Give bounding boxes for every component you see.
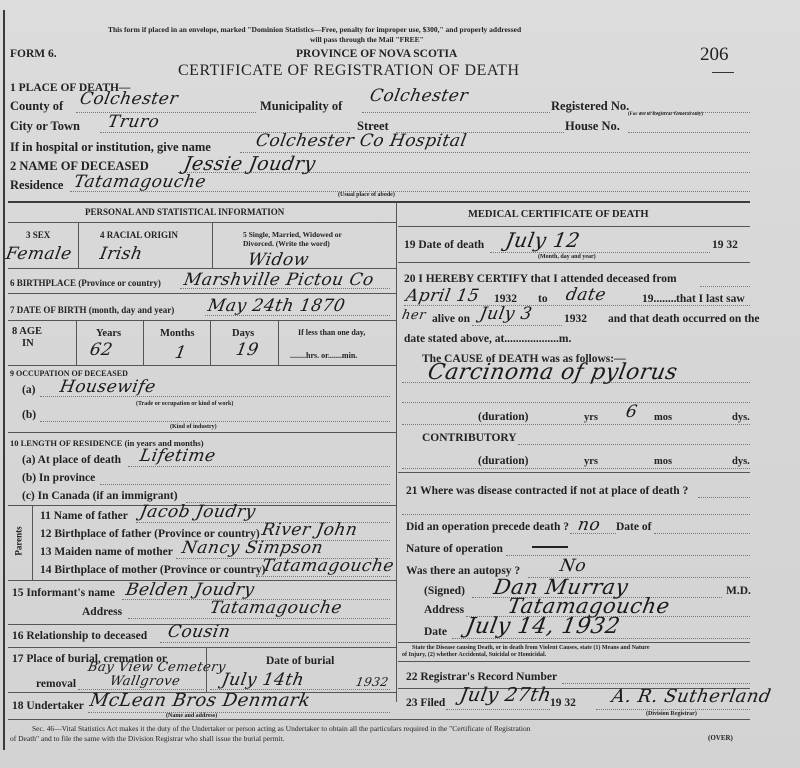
signed-label: (Signed) bbox=[424, 585, 465, 597]
registered-no-label: Registered No. bbox=[551, 99, 629, 114]
informant-address-value: Tatamagouche bbox=[208, 598, 344, 618]
informant-value: Belden Joudry bbox=[124, 580, 256, 600]
age-label-1: 8 AGE bbox=[12, 326, 42, 337]
months-value: 1 bbox=[173, 343, 188, 363]
year-blank: 19........ bbox=[642, 293, 677, 305]
md-label: M.D. bbox=[726, 585, 751, 597]
marital-label-1: 5 Single, Married, Widowed or bbox=[243, 230, 342, 239]
residence-note: (Usual place of abode) bbox=[338, 192, 395, 198]
yrs-label: yrs bbox=[584, 412, 598, 423]
sex-value: Female bbox=[4, 244, 73, 264]
hospital-label: If in hospital or institution, give name bbox=[10, 140, 211, 155]
residence-label: Residence bbox=[10, 178, 63, 193]
certificate-title: CERTIFICATE OF REGISTRATION OF DEATH bbox=[178, 62, 520, 80]
alive-on-year: 1932 bbox=[564, 313, 587, 325]
operation-label: Did an operation precede death ? bbox=[406, 521, 569, 533]
form-number: FORM 6. bbox=[10, 48, 57, 60]
contributory-label: CONTRIBUTORY bbox=[422, 432, 517, 444]
res-a-label: (a) At place of death bbox=[22, 454, 121, 466]
undertaker-value: McLean Bros Denmark bbox=[88, 690, 312, 711]
municipality-value: Colchester bbox=[368, 86, 469, 106]
dob-label: 7 DATE OF BIRTH (month, day and year) bbox=[10, 305, 174, 315]
personal-section-title: PERSONAL AND STATISTICAL INFORMATION bbox=[85, 207, 284, 217]
marital-value: Widow bbox=[246, 250, 310, 270]
burial-date-value: July 14th bbox=[220, 670, 306, 690]
death-certificate: This form if placed in an envelope, mark… bbox=[0, 0, 800, 768]
occ-b-label: (b) bbox=[22, 409, 36, 421]
res-a-value: Lifetime bbox=[138, 446, 217, 466]
left-border bbox=[3, 10, 5, 750]
days-value: 19 bbox=[234, 340, 260, 360]
municipality-label: Municipality of bbox=[260, 99, 342, 114]
birthplace-label: 6 BIRTHPLACE (Province or country) bbox=[10, 278, 161, 288]
record-number-label: 22 Registrar's Record Number bbox=[406, 671, 557, 683]
mother-name-value: Nancy Simpson bbox=[180, 538, 325, 558]
province-label: PROVINCE OF NOVA SCOTIA bbox=[296, 48, 457, 60]
undertaker-label: 18 Undertaker bbox=[12, 700, 84, 712]
months-label: Months bbox=[160, 328, 194, 339]
filed-value: July 27th bbox=[458, 684, 553, 706]
hospital-value: Colchester Co Hospital bbox=[254, 131, 468, 151]
informant-label: 15 Informant's name bbox=[12, 587, 115, 599]
relationship-label: 16 Relationship to deceased bbox=[12, 630, 147, 642]
cause-value: Carcinoma of pylorus bbox=[426, 360, 680, 385]
to-label: to bbox=[538, 293, 548, 305]
mother-birthplace-label: 14 Birthplace of mother (Province or cou… bbox=[40, 564, 266, 576]
mother-birthplace-value: Tatamagouche bbox=[260, 556, 396, 576]
burial-date-label: Date of burial bbox=[266, 655, 334, 667]
operation-value: no bbox=[576, 515, 602, 535]
county-value: Colchester bbox=[78, 89, 179, 109]
footer-line2: of Death" and to file the same with the … bbox=[10, 734, 284, 743]
date-label: Date bbox=[424, 626, 447, 638]
alive-on-label: alive on bbox=[432, 313, 470, 325]
note-line2: of Injury, (2) whether Accidental, Suici… bbox=[402, 652, 546, 658]
age-label-2: IN bbox=[22, 338, 34, 349]
date-of-death-note: (Month, day and year) bbox=[538, 254, 596, 260]
medical-section-title: MEDICAL CERTIFICATE OF DEATH bbox=[468, 209, 649, 220]
father-name-value: Jacob Joudry bbox=[138, 502, 257, 522]
years-label: Years bbox=[96, 328, 121, 339]
occupation-value: Housewife bbox=[58, 377, 157, 397]
note-line1: State the Disease causing Death, or in d… bbox=[412, 645, 650, 651]
racial-label: 4 RACIAL ORIGIN bbox=[100, 230, 178, 240]
residence-value: Tatamagouche bbox=[72, 172, 208, 192]
mos-label: mos bbox=[654, 412, 672, 423]
parents-label: Parents bbox=[14, 526, 24, 555]
date-value: July 14, 1932 bbox=[464, 614, 622, 639]
less-than-day-label: If less than one day, bbox=[298, 328, 365, 337]
burial-value-2: Wallgrove bbox=[109, 674, 182, 689]
mail-notice-2: will pass through the Mail "FREE" bbox=[310, 35, 424, 44]
number-underline bbox=[712, 72, 734, 73]
death-occurred-label: and that death occurred on the bbox=[608, 313, 760, 325]
res-c-label: (c) In Canada (if an immigrant) bbox=[22, 490, 178, 502]
father-birthplace-value: River John bbox=[260, 520, 359, 540]
contrib-dys-label: dys. bbox=[732, 456, 750, 467]
date-of-death-value: July 12 bbox=[504, 228, 582, 252]
dob-value: May 24th 1870 bbox=[206, 296, 347, 316]
duration-mos-value: 6 bbox=[624, 402, 639, 422]
mail-notice-1: This form if placed in an envelope, mark… bbox=[108, 25, 521, 34]
mother-name-label: 13 Maiden name of mother bbox=[40, 546, 173, 558]
city-value: Truro bbox=[106, 112, 161, 132]
date-of-death-label: 19 Date of death bbox=[404, 239, 484, 251]
res-b-label: (b) In province bbox=[22, 472, 95, 484]
burial-year: 1932 bbox=[355, 675, 390, 689]
contracted-label: 21 Where was disease contracted if not a… bbox=[406, 485, 688, 497]
autopsy-value: No bbox=[558, 556, 588, 576]
nature-label: Nature of operation bbox=[406, 543, 503, 555]
occ-a-label: (a) bbox=[22, 384, 35, 396]
footer-line1: Sec. 46—Vital Statistics Act makes it th… bbox=[32, 724, 531, 733]
operation-date-label: Date of bbox=[616, 521, 651, 533]
certify-line1: 20 I HEREBY CERTIFY that I attended dece… bbox=[404, 273, 677, 285]
father-name-label: 11 Name of father bbox=[40, 510, 128, 522]
contrib-mos-label: mos bbox=[654, 456, 672, 467]
address-label: Address bbox=[424, 604, 464, 616]
footer-over: (OVER) bbox=[708, 734, 733, 742]
filed-label: 23 Filed bbox=[406, 697, 445, 709]
nature-value-dash bbox=[532, 546, 568, 548]
racial-value: Irish bbox=[98, 244, 144, 264]
house-no-label: House No. bbox=[565, 119, 620, 134]
certificate-number: 206 bbox=[700, 44, 729, 66]
attended-from: April 15 bbox=[404, 286, 481, 306]
relationship-value: Cousin bbox=[166, 622, 232, 642]
hrs-min-label: ........hrs. or.......min. bbox=[290, 351, 357, 360]
days-label: Days bbox=[232, 328, 254, 339]
dys-label: dys. bbox=[732, 412, 750, 423]
filed-year: 19 32 bbox=[550, 697, 576, 709]
contrib-yrs-label: yrs bbox=[584, 456, 598, 467]
date-stated-label: date stated above, at...................… bbox=[404, 333, 571, 345]
registrar-note: (Division Registrar) bbox=[646, 711, 697, 717]
city-label: City or Town bbox=[10, 119, 80, 134]
attended-to: date bbox=[564, 285, 607, 305]
duration-label: (duration) bbox=[478, 411, 528, 423]
burial-label-2: removal bbox=[36, 678, 76, 690]
registrar-value: A. R. Sutherland bbox=[610, 686, 773, 707]
birthplace-value: Marshville Pictou Co bbox=[182, 270, 375, 290]
her-value: her bbox=[401, 308, 427, 323]
date-of-death-year: 19 32 bbox=[712, 239, 738, 251]
occ-b-note: (Kind of industry) bbox=[170, 424, 217, 430]
informant-address-label: Address bbox=[82, 606, 122, 618]
marital-label-2: Divorced. (Write the word) bbox=[243, 239, 330, 248]
occ-a-note: (Trade or occupation or kind of work) bbox=[136, 401, 233, 407]
years-value: 62 bbox=[88, 340, 114, 360]
county-label: County of bbox=[10, 99, 63, 114]
alive-on-value: July 3 bbox=[478, 304, 534, 324]
registered-no-note: (For use of Registrar General only) bbox=[628, 112, 703, 117]
last-saw-label: that I last saw bbox=[676, 293, 745, 305]
contrib-duration-label: (duration) bbox=[478, 455, 528, 467]
sex-label: 3 SEX bbox=[26, 230, 50, 240]
